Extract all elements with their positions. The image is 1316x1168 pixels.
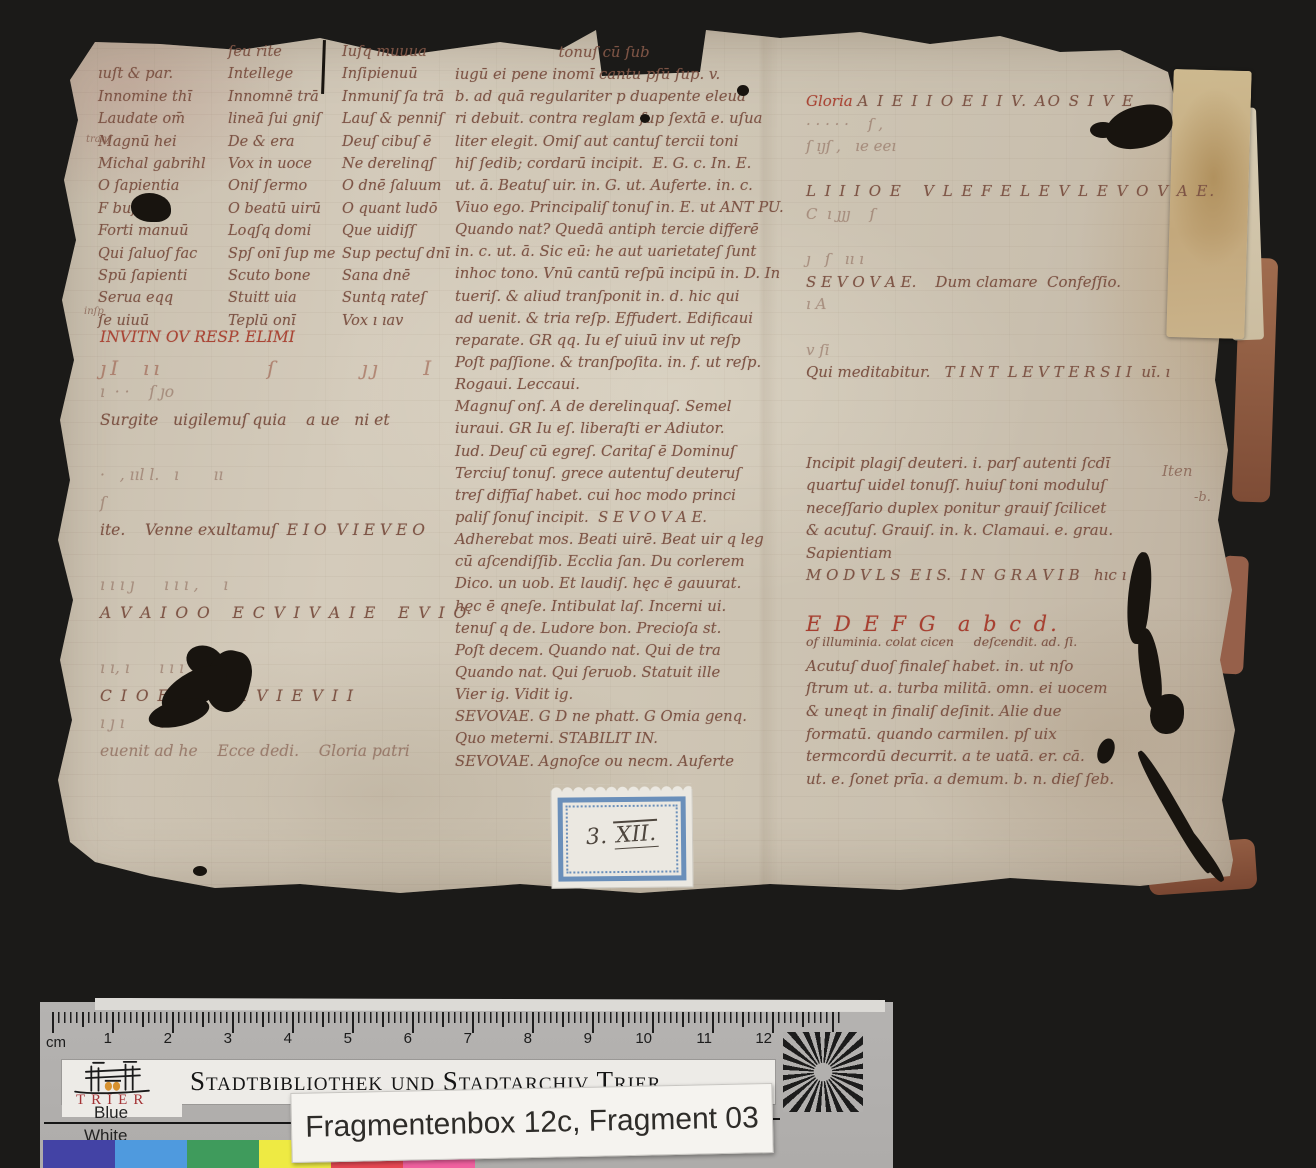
text-line: S E V O V A E. Dum clamare Confeſſio. bbox=[806, 273, 1226, 296]
text-line: Viuo ego. Principaliſ tonuſ in. E. ut AN… bbox=[455, 199, 815, 221]
text-line: Vier ig. Vidit ig. bbox=[455, 686, 815, 708]
text-line: Qui ſaluoſ fac bbox=[98, 246, 206, 268]
margin-note: tranſ bbox=[86, 134, 111, 145]
text-line: 9 bbox=[532, 1030, 592, 1047]
text-line: ri debuit. contra reglam ſup ſextā e. uſ… bbox=[455, 110, 815, 132]
text-line: tonuſ cū ſub bbox=[455, 44, 815, 66]
ink-spot bbox=[640, 114, 650, 123]
ink-spot bbox=[737, 85, 749, 96]
text-line: Serua eqq bbox=[98, 290, 206, 312]
text-line: Intellege bbox=[228, 66, 335, 88]
text-line: Poſt paſſione. & tranſpoſita. in. f. ut … bbox=[455, 354, 815, 376]
text-line: Quando nat. Qui ſeruob. Statuit ille bbox=[455, 664, 815, 686]
text-line: Inſipienuū bbox=[342, 66, 450, 88]
text-line: 4 bbox=[232, 1030, 292, 1047]
text-line: Spſ onī ſup me bbox=[228, 246, 335, 268]
text-line bbox=[806, 386, 1226, 409]
text-line: Suntq rateſ bbox=[342, 290, 450, 312]
stamp-roman-numeral: XII. bbox=[613, 819, 659, 850]
text-line: 10 bbox=[592, 1030, 652, 1047]
text-line bbox=[806, 228, 1226, 251]
text-line: hiſ ſedib; cordarū incipit. E. G. c. In.… bbox=[455, 155, 815, 177]
text-line: Spū ſapienti bbox=[98, 268, 206, 290]
text-line bbox=[806, 318, 1226, 341]
text-line bbox=[806, 160, 1226, 183]
text-line: Iuſq muuua bbox=[342, 44, 450, 66]
text-line: ıuſt & par. bbox=[98, 66, 206, 88]
text-line: 3 bbox=[172, 1030, 232, 1047]
text-line: Dico. un uob. Et laudiſ. hęc ē gauurat. bbox=[455, 575, 815, 597]
text-line: Innomnē trā bbox=[228, 89, 335, 111]
text-line: Ne derelinqſ bbox=[342, 156, 450, 178]
manuscript-column-left-2: ſeu riteIntellegeInnomnē trālineā ſui gn… bbox=[228, 44, 335, 335]
ink-blot bbox=[1090, 122, 1116, 138]
text-line: Acutuſ duoſ finaleſ habet. in. ut nſo bbox=[806, 657, 1226, 680]
text-line: O beatū uirū bbox=[228, 201, 335, 223]
text-line: De & era bbox=[228, 134, 335, 156]
text-line: O dnē ſaluum bbox=[342, 178, 450, 200]
text-line: Adherebat mos. Beati uirē. Beat uir q le… bbox=[455, 531, 815, 553]
collection-stamp-label: 3. XII. bbox=[550, 789, 693, 888]
text-line bbox=[806, 589, 1226, 612]
text-line: M O D V L S E I S. I N G R A V I B hıc ı bbox=[806, 566, 1226, 589]
text-line: Forti manuū bbox=[98, 223, 206, 245]
text-line: SEVOVAE. G D ne phatt. G Omia genq. bbox=[455, 708, 815, 730]
text-line: neceſſario duplex ponitur grauiſ ſcilice… bbox=[806, 499, 1226, 522]
text-line: Innomine thī bbox=[98, 89, 206, 111]
text-line: tenuſ q de. Ludore bon. Precioſa st. bbox=[455, 620, 815, 642]
manuscript-column-left-1: ıuſt & par.Innomine thīLaudate om̄Magnū … bbox=[98, 44, 206, 335]
text-line: Sup pectuſ dnī bbox=[342, 246, 450, 268]
text-line bbox=[806, 431, 1226, 454]
text-line bbox=[806, 408, 1226, 431]
text-line: 11 bbox=[652, 1030, 712, 1047]
text-line: Sana dnē bbox=[342, 268, 450, 290]
manuscript-column-left-3: Iuſq muuuaInſipienuūInmuniſ ſa trāLauſ &… bbox=[342, 44, 450, 335]
text-line: Deuſ cibuſ ē bbox=[342, 134, 450, 156]
text-line: Laudate om̄ bbox=[98, 111, 206, 133]
text-line: termcordū decurrit. a te uatā. er. cā. bbox=[806, 747, 1226, 770]
text-line: E D E F G a b c d. bbox=[806, 612, 1226, 635]
text-line: Qui meditabitur. T I N T L E V T E R S I… bbox=[806, 363, 1226, 386]
text-line: of illuminia. colat cicen deſcendit. ad.… bbox=[806, 634, 1226, 657]
text-line: inhoc tono. Vnū cantū reſpū incipū in. D… bbox=[455, 265, 815, 287]
text-line: reparate. GR qq. Iu eſ uiuū inv ut reſp bbox=[455, 332, 815, 354]
patch-label-blue: Blue bbox=[94, 1103, 128, 1123]
text-line: Poſt decem. Quando nat. Qui de tra bbox=[455, 642, 815, 664]
text-line: Magnū hei bbox=[98, 134, 206, 156]
text-line: iuraui. GR Iu eſ. liberaſti er Adiutor. bbox=[455, 420, 815, 442]
ruler-numbers: 12345678910111213 bbox=[52, 1030, 844, 1047]
text-line: 7 bbox=[412, 1030, 472, 1047]
text-line: cū aſcendiſſib. Ecclia ſan. Du corlerem bbox=[455, 553, 815, 575]
text-line: in. c. ut. ā. Sic eū: he aut uarietateſ … bbox=[455, 243, 815, 265]
text-line: iugū ei pene inomī cantu pſū ſup. v. bbox=[455, 66, 815, 88]
margin-note: Iten bbox=[1162, 462, 1193, 480]
text-line: Quo meterni. STABILIT IN. bbox=[455, 730, 815, 752]
text-line: lineā ſui gniſ bbox=[228, 111, 335, 133]
text-line: Terciuſ tonuſ. grece autentuſ deuteruſ bbox=[455, 465, 815, 487]
stamp-number: 3. bbox=[585, 824, 608, 850]
text-line: O quant ludō bbox=[342, 201, 450, 223]
text-line: 5 bbox=[292, 1030, 352, 1047]
text-line: Oniſ ſermo bbox=[228, 178, 335, 200]
text-line: Inmuniſ ſa trā bbox=[342, 89, 450, 111]
text-line: 12 bbox=[712, 1030, 772, 1047]
color-swatch bbox=[187, 1140, 259, 1168]
text-line: Vox in uoce bbox=[228, 156, 335, 178]
text-line: hęc ē qneſe. Intibulat laſ. Incerni ui. bbox=[455, 598, 815, 620]
text-line: Michal gabrihl bbox=[98, 156, 206, 178]
text-line: 2 bbox=[112, 1030, 172, 1047]
fragment-label: Fragmentenbox 12c, Fragment 03 bbox=[290, 1083, 773, 1163]
text-line: 1 bbox=[52, 1030, 112, 1047]
fragment-label-text: Fragmentenbox 12c, Fragment 03 bbox=[305, 1101, 759, 1144]
margin-note: -b. bbox=[1194, 490, 1211, 505]
text-line: Iud. Deuſ cū egreſ. Caritaſ ē Dominuſ bbox=[455, 443, 815, 465]
hole bbox=[131, 193, 171, 222]
ink-blot bbox=[1150, 694, 1184, 734]
text-line bbox=[98, 44, 206, 66]
text-line: ſ ıȷſ , ıe eeı bbox=[806, 137, 1226, 160]
text-line: C ı ȷȷȷ ſ bbox=[806, 205, 1226, 228]
text-line: & acutuſ. Grauiſ. in. k. Clamaui. e. gra… bbox=[806, 521, 1226, 544]
text-line: Sapientiam bbox=[806, 544, 1226, 567]
color-swatch bbox=[115, 1140, 187, 1168]
tape-strip bbox=[95, 998, 885, 1012]
text-line: Stuitt uia bbox=[228, 290, 335, 312]
text-line: ȷ ſ ıı ı bbox=[806, 250, 1226, 273]
ink-spot bbox=[193, 866, 207, 876]
siemens-star-icon bbox=[783, 1032, 863, 1112]
text-line: Scuto bone bbox=[228, 268, 335, 290]
text-line: liter elegit. Omiſ aut cantuſ tercii ton… bbox=[455, 133, 815, 155]
text-line: ſeu rite bbox=[228, 44, 335, 66]
manuscript-center-column: tonuſ cū ſubiugū ei pene inomī cantu pſū… bbox=[455, 44, 815, 775]
text-line: Quando nat? Quedā antiph tercie differē bbox=[455, 221, 815, 243]
text-line: 6 bbox=[352, 1030, 412, 1047]
manuscript-right-column: Gloria A I E I I O E I I V. AO S I V E· … bbox=[806, 92, 1226, 792]
text-line: tueriſ. & aliud tranſponit in. d. hic qu… bbox=[455, 288, 815, 310]
text-line: Loqſq domi bbox=[228, 223, 335, 245]
text-line: v ſi bbox=[806, 341, 1226, 364]
text-line: SEVOVAE. Agnoſce ou necm. Auferte bbox=[455, 753, 815, 775]
text-line: ı A bbox=[806, 295, 1226, 318]
text-line: ut. ā. Beatuſ uir. in. G. ut. Auferte. i… bbox=[455, 177, 815, 199]
text-line: paliſ ſonuſ incipit. S E V O V A E. bbox=[455, 509, 815, 531]
divider-line bbox=[44, 1122, 294, 1124]
margin-note: inſp bbox=[84, 306, 104, 317]
color-swatch bbox=[43, 1140, 115, 1168]
text-line: ad uenit. & tria reſp. Effudert. Edifica… bbox=[455, 310, 815, 332]
text-line: Magnuſ onſ. A de derelinquaſ. Semel bbox=[455, 398, 815, 420]
text-line: Lauſ & penniſ bbox=[342, 111, 450, 133]
text-line: 8 bbox=[472, 1030, 532, 1047]
text-line: L I I I O E V L E F E L E V L E V O V A … bbox=[806, 182, 1226, 205]
text-line: Rogaui. Leccaui. bbox=[455, 376, 815, 398]
text-line: treſ diffīaſ habet. cui hoc modo princi bbox=[455, 487, 815, 509]
text-line: Que uidiſſ bbox=[342, 223, 450, 245]
text-line: b. ad quā regulariter p duapente eleua bbox=[455, 88, 815, 110]
